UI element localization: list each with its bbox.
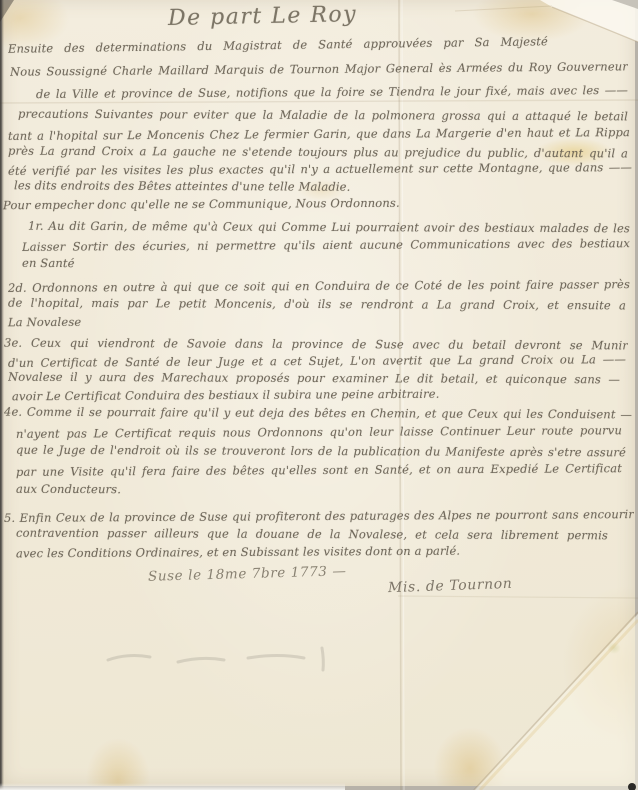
- manuscript-line: Novalese il y aura des Marechaux proposé…: [8, 370, 620, 390]
- manuscript-line: avec les Conditions Ordinaires, et en Su…: [16, 544, 460, 562]
- manuscript-line: en Santé: [22, 256, 75, 271]
- manuscript-line: contravention passer ailleurs que la dou…: [16, 526, 608, 546]
- manuscript-line: avoir Le Certificat Conduira des bestiau…: [12, 387, 440, 405]
- manuscript-line: 1r. Au dit Garin, de même qu'à Ceux qui …: [28, 219, 630, 239]
- document-title: De part Le Roy: [168, 2, 358, 31]
- manuscript-line: que le Juge de l'endroit où ils se trouv…: [16, 443, 626, 463]
- scan-edge-left: [0, 0, 4, 790]
- manuscript-line: La Novalese: [8, 315, 81, 330]
- manuscript-line: les dits endroits des Bêtes atteintes d'…: [14, 178, 351, 194]
- manuscript-line: precautions Suivantes pour eviter que la…: [18, 107, 628, 127]
- scanned-document: De part Le Roy Ensuite des determination…: [0, 0, 638, 790]
- manuscript-line: aux Conducteurs.: [16, 482, 121, 497]
- manuscript-line: de l'hopital, mais par Le petit Moncenis…: [8, 296, 626, 316]
- manuscript-line: 4e. Comme il se pourrait faire qu'il y e…: [4, 405, 632, 425]
- scan-edge-bottom: [0, 783, 345, 790]
- manuscript-line: Pour empecher donc qu'elle ne se Communi…: [3, 196, 400, 213]
